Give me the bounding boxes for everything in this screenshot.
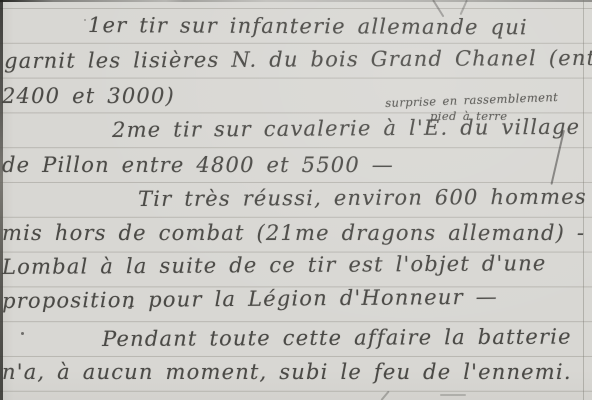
ink-speck bbox=[21, 332, 24, 335]
handwriting-line-8: Lombal à la suite de ce tir est l'objet … bbox=[2, 251, 547, 279]
ink-speck bbox=[128, 306, 132, 309]
page-edge-top bbox=[0, 0, 592, 2]
handwriting-line-11: n'a, à aucun moment, subi le feu de l'en… bbox=[2, 360, 572, 384]
ink-stroke-bottom-cutoff bbox=[440, 394, 466, 396]
handwriting-line-7: mis hors de combat (21me dragons alleman… bbox=[2, 221, 592, 245]
handwriting-line-1: 1er tir sur infanterie allemande qui bbox=[88, 13, 528, 39]
handwriting-line-5: de Pillon entre 4800 et 5500 — bbox=[2, 153, 394, 177]
page-edge-left bbox=[0, 0, 3, 400]
handwriting-line-9: proposition pour la Légion d'Honneur — bbox=[2, 285, 498, 313]
handwriting-line-2: garnit les lisières N. du bois Grand Cha… bbox=[4, 46, 592, 73]
handwriting-line-6: Tir très réussi, environ 600 hommes bbox=[138, 185, 587, 211]
manuscript-page: 1er tir sur infanterie allemande qui gar… bbox=[0, 0, 592, 400]
handwriting-line-4: 2me tir sur cavalerie à l'E. du village bbox=[112, 115, 580, 142]
ink-speck bbox=[84, 19, 86, 21]
handwriting-line-10: Pendant toute cette affaire la batterie bbox=[102, 325, 572, 351]
handwriting-line-3: 2400 et 3000) bbox=[2, 84, 175, 108]
